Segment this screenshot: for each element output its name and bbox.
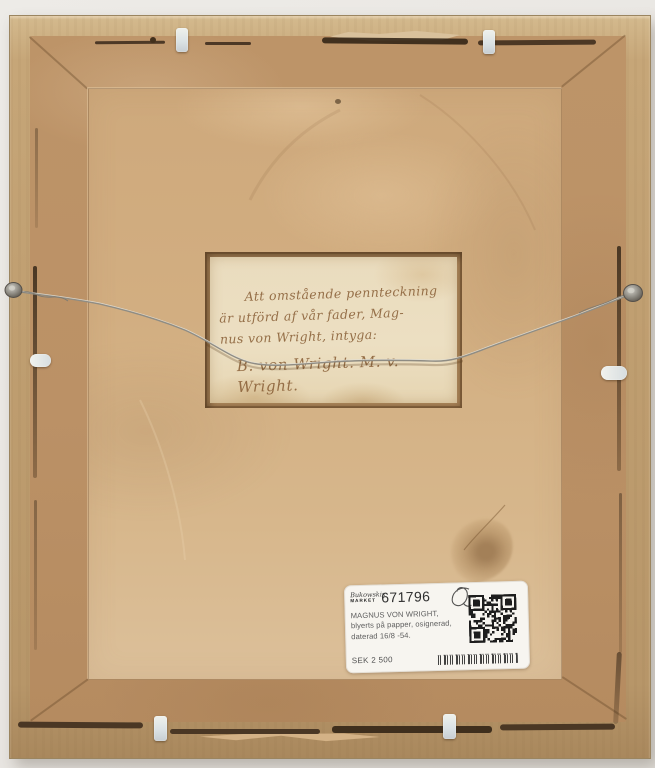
- lot-number: 671796: [381, 588, 431, 605]
- label-description: MAGNUS VON WRIGHT, blyerts på papper, os…: [351, 608, 468, 642]
- brand-logo: Bukowskis MARKET: [350, 591, 380, 603]
- auction-label: Bukowskis MARKET 671796 MAGNUS VON WRIGH…: [344, 581, 530, 674]
- backing-seam-right: [617, 246, 621, 471]
- backing-seam-bottom: [500, 724, 615, 731]
- backing-seam-bottom: [170, 729, 320, 734]
- price-text: SEK 2 500: [352, 655, 393, 665]
- frame-clip-left: [30, 354, 51, 367]
- brand-word-text: MARKET: [350, 598, 380, 603]
- nail-hole: [335, 99, 341, 104]
- backing-seam-bottom: [18, 722, 143, 729]
- note-signature: B. von Wright. M. v. Wright.: [220, 349, 455, 398]
- backing-seam-left: [35, 128, 38, 228]
- backing-seam-right: [619, 493, 622, 653]
- note-window: Att omstående pennteckning är utförd af …: [205, 252, 462, 408]
- handwritten-note-text: Att omstående pennteckning är utförd af …: [218, 279, 455, 398]
- frame-clip-top-right: [483, 30, 495, 54]
- backing-seam-left: [34, 500, 37, 650]
- backing-seam-top: [322, 37, 468, 44]
- handwritten-note-paper: Att omstående pennteckning är utförd af …: [210, 257, 457, 403]
- backing-seam-left: [33, 266, 37, 478]
- backing-seam-top: [478, 40, 596, 46]
- frame-clip-top-left: [176, 28, 188, 52]
- barcode-icon: [438, 653, 518, 665]
- backing-seam-bottom: [332, 726, 492, 733]
- frame-clip-right: [601, 366, 627, 380]
- nail-hole: [150, 37, 156, 43]
- qr-code-icon: [468, 594, 517, 643]
- photo-of-frame-back: Att omstående pennteckning är utförd af …: [0, 0, 655, 768]
- description-line: daterad 16/8 -54.: [351, 629, 467, 643]
- frame-clip-bottom-left: [154, 716, 167, 741]
- frame-clip-bottom-right: [443, 714, 456, 739]
- backing-seam-top: [205, 42, 251, 45]
